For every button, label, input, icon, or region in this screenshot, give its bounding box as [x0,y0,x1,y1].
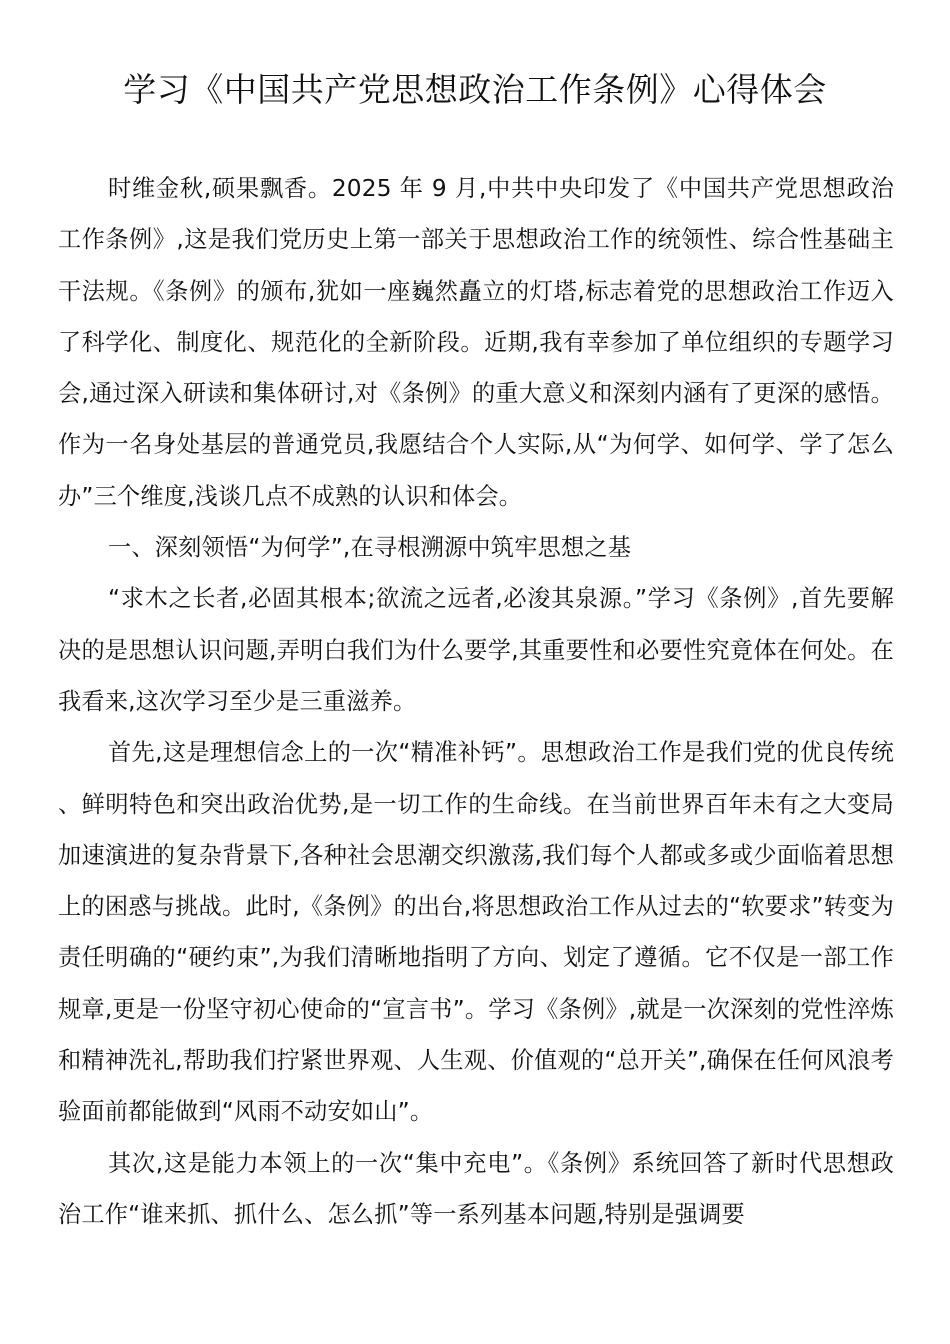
paragraph-second-point: 其次,这是能力本领上的一次“集中充电”。《条例》系统回答了新时代思想政治工作“谁… [58,1138,894,1241]
section-heading-1: 一、深刻领悟“为何学”,在寻根溯源中筑牢思想之基 [58,522,894,573]
document-page: 学习《中国共产党思想政治工作条例》心得体会 时维金秋,硕果飘香。2025 年 9… [0,0,950,1344]
paragraph-first-point: 首先,这是理想信念上的一次“精准补钙”。思想政治工作是我们党的优良传统、鲜明特色… [58,727,894,1137]
document-body: 时维金秋,硕果飘香。2025 年 9 月,中共中央印发了《中国共产党思想政治工作… [58,163,894,1240]
document-title: 学习《中国共产党思想政治工作条例》心得体会 [0,66,950,114]
paragraph-intro: 时维金秋,硕果飘香。2025 年 9 月,中共中央印发了《中国共产党思想政治工作… [58,163,894,522]
paragraph-why-learn: “求木之长者,必固其根本;欲流之远者,必浚其泉源。”学习《条例》,首先要解决的是… [58,573,894,727]
